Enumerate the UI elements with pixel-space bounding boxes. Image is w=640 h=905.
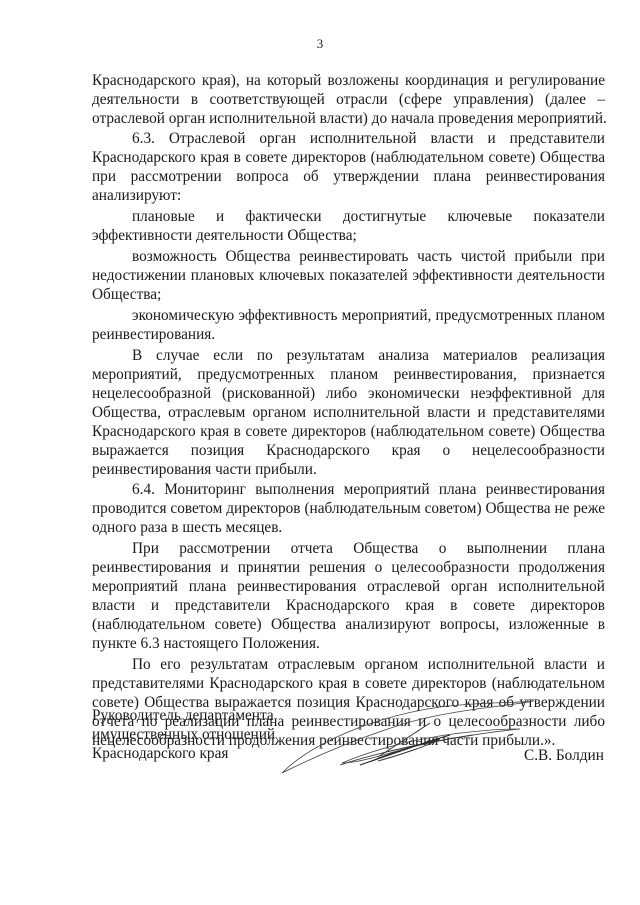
body-text-line: Краснодарского края в совете директоров … <box>92 423 605 441</box>
body-text-line: По его результатам отраслевым органом ис… <box>132 656 605 674</box>
handwritten-signature-icon <box>280 695 640 795</box>
signatory-position-line-2: имущественных отношений <box>92 726 275 744</box>
body-text-line: плановые и фактически достигнутые ключев… <box>132 208 605 226</box>
body-text-line: реинвестирования и принятии решения о це… <box>92 559 605 577</box>
body-text-line: реинвестирования. <box>92 326 605 344</box>
body-text-line: При рассмотрении отчета Общества о выпол… <box>132 540 605 558</box>
body-text-line: (наблюдательном совете) Общества анализи… <box>92 616 605 634</box>
body-text-line: при рассмотрении вопроса об утверждении … <box>92 168 605 186</box>
body-text-line: выражается позиция Краснодарского края о… <box>92 442 605 460</box>
body-text-line: проводится советом директоров (наблюдате… <box>92 500 605 518</box>
body-text-line: эффективности деятельности Общества; <box>92 227 605 245</box>
body-text-line: Краснодарского края), на который возложе… <box>92 72 605 90</box>
body-text-line: реинвестирования части прибыли. <box>92 461 605 479</box>
signatory-position-line-1: Руководитель департамента <box>92 707 274 725</box>
page-number: 3 <box>0 36 640 52</box>
body-text-line: 6.3. Отраслевой орган исполнительной вла… <box>132 130 605 148</box>
body-text-line: Общества; <box>92 286 605 304</box>
body-text-line: Общества, отраслевым органом исполнитель… <box>92 404 605 422</box>
document-page: 3 Краснодарского края), на который возло… <box>0 0 640 905</box>
body-text-line: пункте 6.3 настоящего Положения. <box>92 635 605 653</box>
signatory-position-line-3: Краснодарского края <box>92 745 228 763</box>
body-text-line: представителями Краснодарского края в со… <box>92 675 605 693</box>
body-text-line: одного раза в шесть месяцев. <box>92 519 605 537</box>
body-text-line: мероприятий, предусмотренных планом реин… <box>92 366 605 384</box>
body-text-line: возможность Общества реинвестировать час… <box>132 248 605 266</box>
body-text-line: отраслевой орган исполнительной власти) … <box>92 110 605 128</box>
body-text-line: Краснодарского края в совете директоров … <box>92 149 605 167</box>
body-text-line: недостижении плановых ключевых показател… <box>92 267 605 285</box>
body-text-line: В случае если по результатам анализа мат… <box>132 347 605 365</box>
body-text-line: власти и представители Краснодарского кр… <box>92 597 605 615</box>
body-text-line: анализируют: <box>92 187 605 205</box>
body-text-line: нецелесообразной (рискованной) либо экон… <box>92 385 605 403</box>
body-text-line: мероприятий плана реинвестирования отрас… <box>92 578 605 596</box>
body-text-line: деятельности в соответствующей отрасли (… <box>92 91 605 109</box>
body-text-line: 6.4. Мониторинг выполнения мероприятий п… <box>132 481 605 499</box>
body-text-line: экономическую эффективность мероприятий,… <box>132 307 605 325</box>
